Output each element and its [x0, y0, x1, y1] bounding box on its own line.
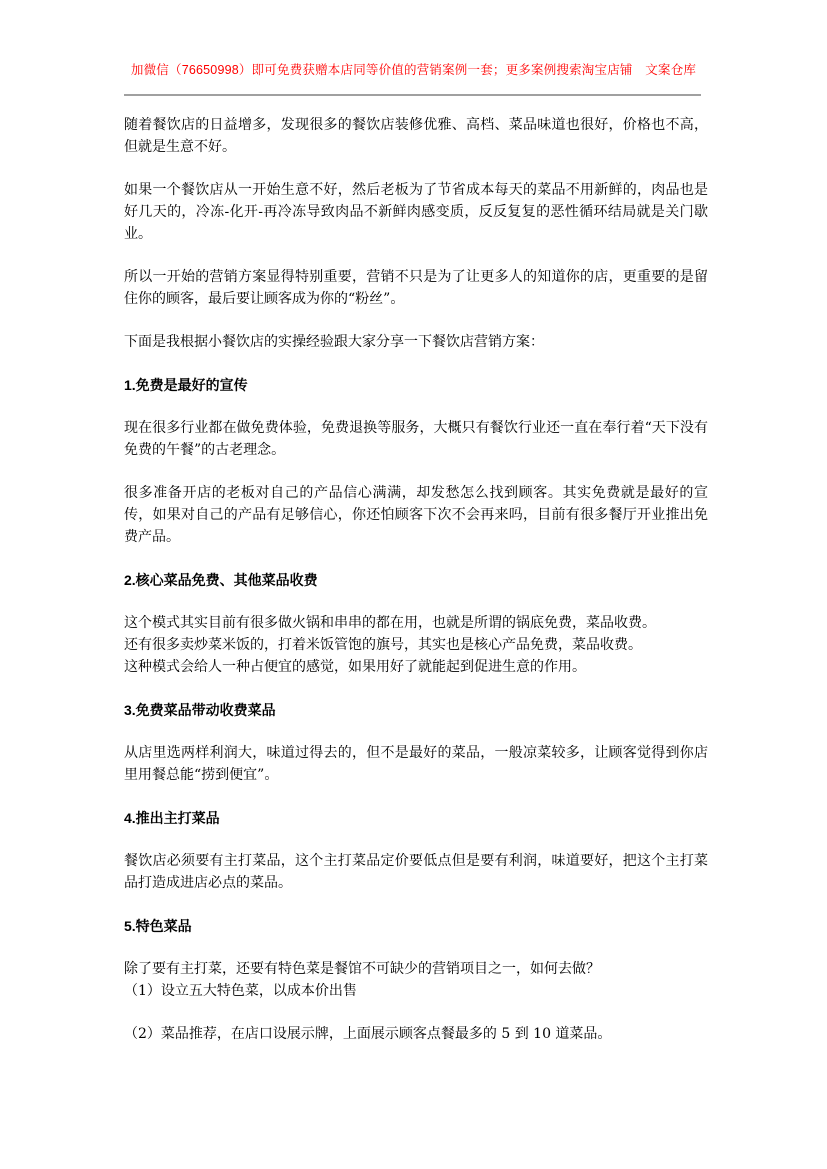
paragraph-intro: 随着餐饮店的日益增多，发现很多的餐饮店装修优雅、高档、菜品味道也很好，价格也不高…	[124, 114, 708, 158]
section-heading-5: 5.特色菜品	[124, 915, 708, 937]
paragraph-problem: 如果一个餐饮店从一开始生意不好，然后老板为了节省成本每天的菜品不用新鲜的，肉品也…	[124, 179, 708, 245]
section-5-line-1: 除了要有主打菜，还要有特色菜是餐馆不可缺少的营销项目之一，如何去做？	[124, 958, 708, 980]
header-text-after: ）即可免费获赠本店同等价值的营销案例一套；更多案例搜索淘宝店铺 文案仓库	[239, 62, 696, 77]
paragraph-importance: 所以一开始的营销方案显得特别重要，营销不只是为了让更多人的知道你的店，更重要的是…	[124, 266, 708, 310]
section-3-paragraph: 从店里选两样利润大，味道过得去的，但不是最好的菜品，一般凉菜较多，让顾客觉得到你…	[124, 742, 708, 786]
section-2-line-1: 这个模式其实目前有很多做火锅和串串的都在用，也就是所谓的锅底免费，菜品收费。	[124, 612, 708, 634]
header-text-before: 加微信（	[131, 62, 182, 77]
section-5-line-2: （1）设立五大特色菜，以成本价出售	[124, 980, 708, 1002]
section-heading-2: 2.核心菜品免费、其他菜品收费	[124, 569, 708, 591]
section-2-line-3: 这种模式会给人一种占便宜的感觉，如果用好了就能起到促进生意的作用。	[124, 656, 708, 678]
section-1-paragraph-1: 现在很多行业都在做免费体验，免费退换等服务，大概只有餐饮行业还一直在奉行着“天下…	[124, 417, 708, 461]
document-body: 随着餐饮店的日益增多，发现很多的餐饮店装修优雅、高档、菜品味道也很好，价格也不高…	[124, 114, 708, 1066]
wechat-id: 76650998	[182, 63, 239, 77]
section-heading-1: 1.免费是最好的宣传	[124, 374, 708, 396]
section-2-paragraph: 这个模式其实目前有很多做火锅和串串的都在用，也就是所谓的锅底免费，菜品收费。 还…	[124, 612, 708, 678]
section-5-paragraph: 除了要有主打菜，还要有特色菜是餐馆不可缺少的营销项目之一，如何去做？ （1）设立…	[124, 958, 708, 1002]
section-heading-4: 4.推出主打菜品	[124, 807, 708, 829]
section-2-line-2: 还有很多卖炒菜米饭的，打着米饭管饱的旗号，其实也是核心产品免费，菜品收费。	[124, 634, 708, 656]
page-header: 加微信（76650998）即可免费获赠本店同等价值的营销案例一套；更多案例搜索淘…	[112, 60, 715, 78]
section-1-paragraph-2: 很多准备开店的老板对自己的产品信心满满，却发愁怎么找到顾客。其实免费就是最好的宣…	[124, 482, 708, 548]
header-rule	[124, 94, 701, 96]
section-heading-3: 3.免费菜品带动收费菜品	[124, 699, 708, 721]
paragraph-lead-in: 下面是我根据小餐饮店的实操经验跟大家分享一下餐饮店营销方案：	[124, 331, 708, 353]
document-page: 加微信（76650998）即可免费获赠本店同等价值的营销案例一套；更多案例搜索淘…	[0, 0, 827, 1169]
section-4-paragraph: 餐饮店必须要有主打菜品，这个主打菜品定价要低点但是要有利润，味道要好，把这个主打…	[124, 850, 708, 894]
section-5-item-2: （2）菜品推荐，在店口设展示牌，上面展示顾客点餐最多的 5 到 10 道菜品。	[124, 1023, 708, 1045]
